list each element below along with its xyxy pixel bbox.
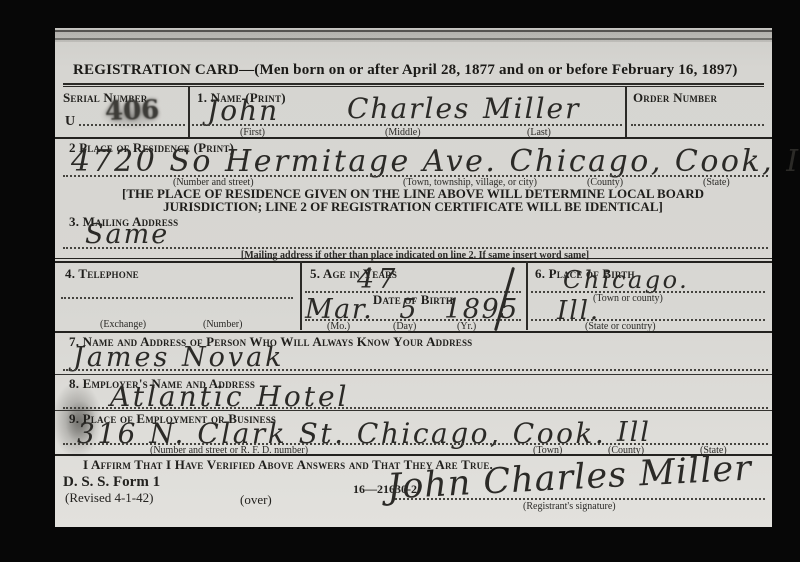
card-title: REGISTRATION CARD—(Men born on or after … <box>73 62 738 79</box>
town-or-county-sublabel: (Town or county) <box>593 293 663 304</box>
card-edge-line <box>55 30 772 32</box>
signature-sublabel: (Registrant's signature) <box>523 501 616 512</box>
residence-handwriting: 4720 So Hermitage Ave. Chicago, Cook, Il… <box>71 144 800 179</box>
exchange-sublabel: (Exchange) <box>100 319 146 330</box>
form-number: D. S. S. Form 1 <box>63 474 160 491</box>
over-note: (over) <box>240 492 272 508</box>
number-sublabel: (Number) <box>203 319 242 330</box>
section-divider <box>55 261 772 263</box>
name-entry-line <box>192 124 622 126</box>
column-divider <box>625 87 627 137</box>
birth-town-handwriting: Chicago. <box>563 266 689 294</box>
section-divider <box>55 137 772 139</box>
telephone-entry-line <box>61 297 293 299</box>
section-divider <box>55 374 772 375</box>
contact-entry-line <box>63 369 768 371</box>
employer-entry-line <box>63 407 768 409</box>
divider <box>63 83 764 85</box>
name-first-handwriting: John <box>207 94 279 127</box>
serial-entry-line <box>79 124 185 126</box>
jurisdiction-note-line2: JURISDICTION; LINE 2 OF REGISTRATION CER… <box>93 199 733 215</box>
column-divider <box>526 261 528 330</box>
registration-card: REGISTRATION CARD—(Men born on or after … <box>55 28 772 527</box>
signature-line <box>395 498 765 500</box>
card-edge-line <box>55 38 772 40</box>
scanned-document-background: REGISTRATION CARD—(Men born on or after … <box>0 0 800 562</box>
mailing-entry-line <box>63 247 768 249</box>
telephone-label: 4. Telephone <box>65 266 139 282</box>
mailing-handwriting: Same <box>85 219 169 250</box>
name-last-handwriting: Miller <box>483 92 581 125</box>
section-divider <box>55 331 772 333</box>
serial-number-stamp: 406 <box>104 95 159 127</box>
order-entry-line <box>631 124 764 126</box>
order-number-label: Order Number <box>633 90 717 106</box>
divider <box>63 86 764 87</box>
section-divider <box>55 258 772 259</box>
mailing-note: [Mailing address if other than place ind… <box>115 250 715 261</box>
serial-prefix: U <box>65 114 75 130</box>
column-divider <box>188 87 190 137</box>
form-revision: (Revised 4-1-42) <box>65 490 153 506</box>
name-middle-handwriting: Charles <box>347 92 470 125</box>
